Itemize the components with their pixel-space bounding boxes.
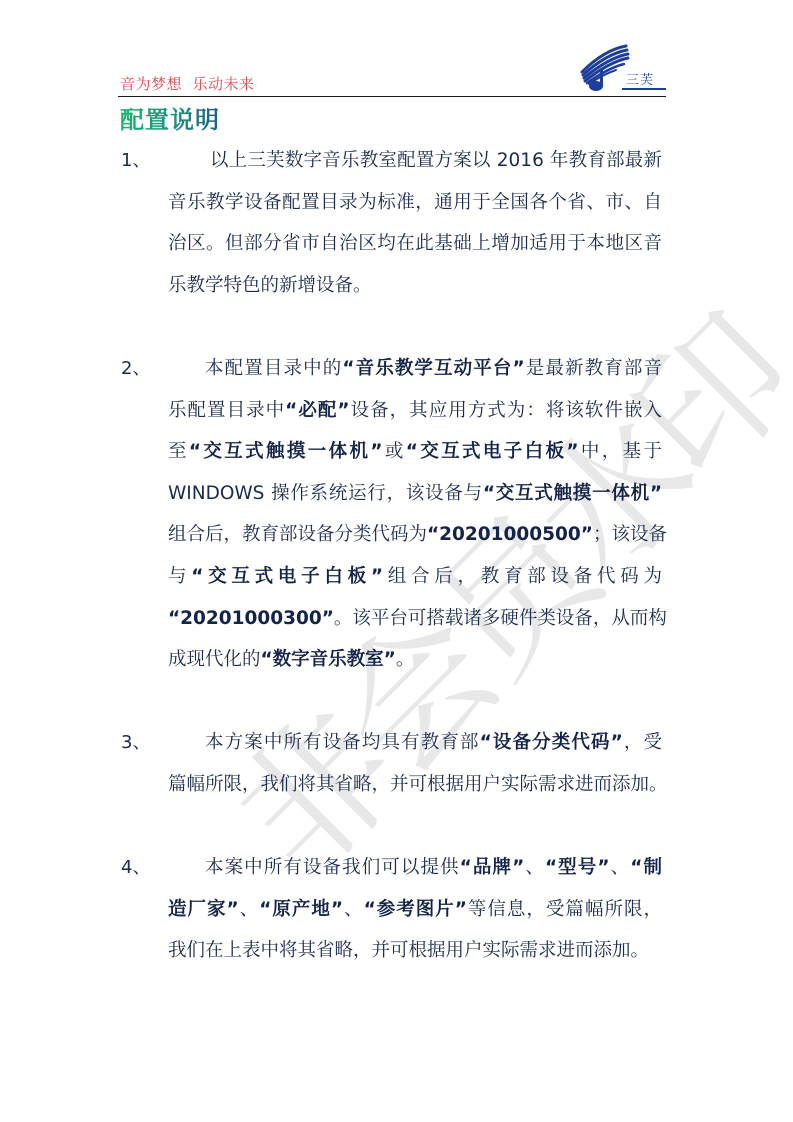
text-segment: 。该平台可搭载诸多硬件类设备，从而构 [334,608,667,629]
bold-term: “参考图片” [364,899,467,920]
paragraph-line: WINDOWS 操作系统运行，该设备与“交互式触摸一体机” [168,479,662,509]
text-segment: 治区。但部分省市自治区均在此基础上增加适用于本地区音 [168,233,662,254]
paragraph-line: 本方案中所有设备均具有教育部“设备分类代码”，受 [205,728,662,758]
text-segment: ，受 [623,732,662,753]
paragraph-line: 与“交互式电子白板”组合后，教育部设备代码为 [168,562,662,592]
text-segment: 本配置目录中的 [205,358,342,379]
bold-term: “20201000500” [427,524,593,545]
paragraph-number: 2、 [121,354,150,384]
logo-text: 三芙 [626,69,654,88]
paragraph-line: 组合后，教育部设备分类代码为“20201000500”；该设备 [168,520,662,550]
paragraph-line: 本案中所有设备我们可以提供“品牌”、“型号”、“制 [205,853,662,883]
text-segment: 、 [239,899,260,920]
bold-term: “交互式触摸一体机” [483,483,662,504]
text-segment: 至 [168,441,189,462]
bold-term: “交互式电子白板” [406,441,579,462]
text-segment: 组合后，教育部设备分类代码为 [168,524,427,545]
paragraph-number: 1、 [121,146,150,176]
text-segment: 是最新教育部音 [525,358,662,379]
text-segment: 音乐教学设备配置目录为标准，通用于全国各个省、市、自 [168,192,662,213]
logo-underline [622,88,666,90]
header-slogan: 音为梦想 乐动未来 [120,73,255,94]
bold-term: “音乐教学互动平台” [342,358,524,379]
bold-term: “交互式触摸一体机” [189,441,383,462]
paragraph-line: 治区。但部分省市自治区均在此基础上增加适用于本地区音 [168,229,662,259]
bold-term: “交互式电子白板” [191,566,383,587]
paragraph-line: 造厂家”、“原产地”、“参考图片”等信息，受篇幅所限， [168,895,662,925]
text-segment: 或 [383,441,406,462]
page-title: 配置说明 [120,100,220,135]
text-segment: 本案中所有设备我们可以提供 [205,857,460,878]
text-segment: 我们在上表中将其省略，并可根据用户实际需求进而添加。 [168,940,649,961]
paragraph-line: 乐教学特色的新增设备。 [168,271,662,301]
sanfu-logo-icon [574,42,669,94]
paragraph-line: 篇幅所限，我们将其省略，并可根据用户实际需求进而添加。 [168,770,662,800]
bold-term: “品牌” [460,857,525,878]
text-segment: 、 [524,857,545,878]
text-segment: 。 [396,649,415,670]
bold-term: 造厂家” [168,899,239,920]
paragraph-line: 本配置目录中的“音乐教学互动平台”是最新教育部音 [205,354,662,384]
header-divider [118,96,666,97]
text-segment: 等信息，受篇幅所限， [467,899,662,920]
text-segment: 成现代化的 [168,649,261,670]
text-segment: 本方案中所有设备均具有教育部 [205,732,480,753]
text-segment: 乐配置目录中 [168,400,285,421]
text-segment: ；该设备 [593,524,667,545]
text-segment: 组合后，教育部设备代码为 [383,566,662,587]
paragraph-line: 成现代化的“数字音乐教室”。 [168,645,662,675]
text-segment: WINDOWS 操作系统运行，该设备与 [168,483,483,504]
bold-term: “设备分类代码” [480,732,623,753]
paragraph-line: 至“交互式触摸一体机”或“交互式电子白板”中，基于 [168,437,662,467]
text-segment: 与 [168,566,191,587]
bold-term: “数字音乐教室” [261,649,396,670]
paragraph-line: 音乐教学设备配置目录为标准，通用于全国各个省、市、自 [168,188,662,218]
text-segment: 中，基于 [579,441,662,462]
paragraph-line: 我们在上表中将其省略，并可根据用户实际需求进而添加。 [168,936,662,966]
paragraph-number: 4、 [121,853,150,883]
bold-term: “原产地” [259,899,343,920]
bold-term: “制 [630,857,662,878]
text-segment: 、 [610,857,631,878]
text-segment: 、 [343,899,364,920]
paragraph-line: 以上三芙数字音乐教室配置方案以 2016 年教育部最新 [210,146,662,176]
paragraph-number: 3、 [121,728,150,758]
paragraph-line: 乐配置目录中“必配”设备，其应用方式为：将该软件嵌入 [168,396,662,426]
text-segment: 篇幅所限，我们将其省略，并可根据用户实际需求进而添加。 [168,774,668,795]
paragraph-line: “20201000300”。该平台可搭载诸多硬件类设备，从而构 [168,604,662,634]
text-segment: 以上三芙数字音乐教室配置方案以 2016 年教育部最新 [210,150,662,171]
text-segment: 设备，其应用方式为：将该软件嵌入 [350,400,662,421]
bold-term: “型号” [545,857,610,878]
text-segment: 乐教学特色的新增设备。 [168,275,372,296]
bold-term: “必配” [285,400,349,421]
bold-term: “20201000300” [168,608,334,629]
